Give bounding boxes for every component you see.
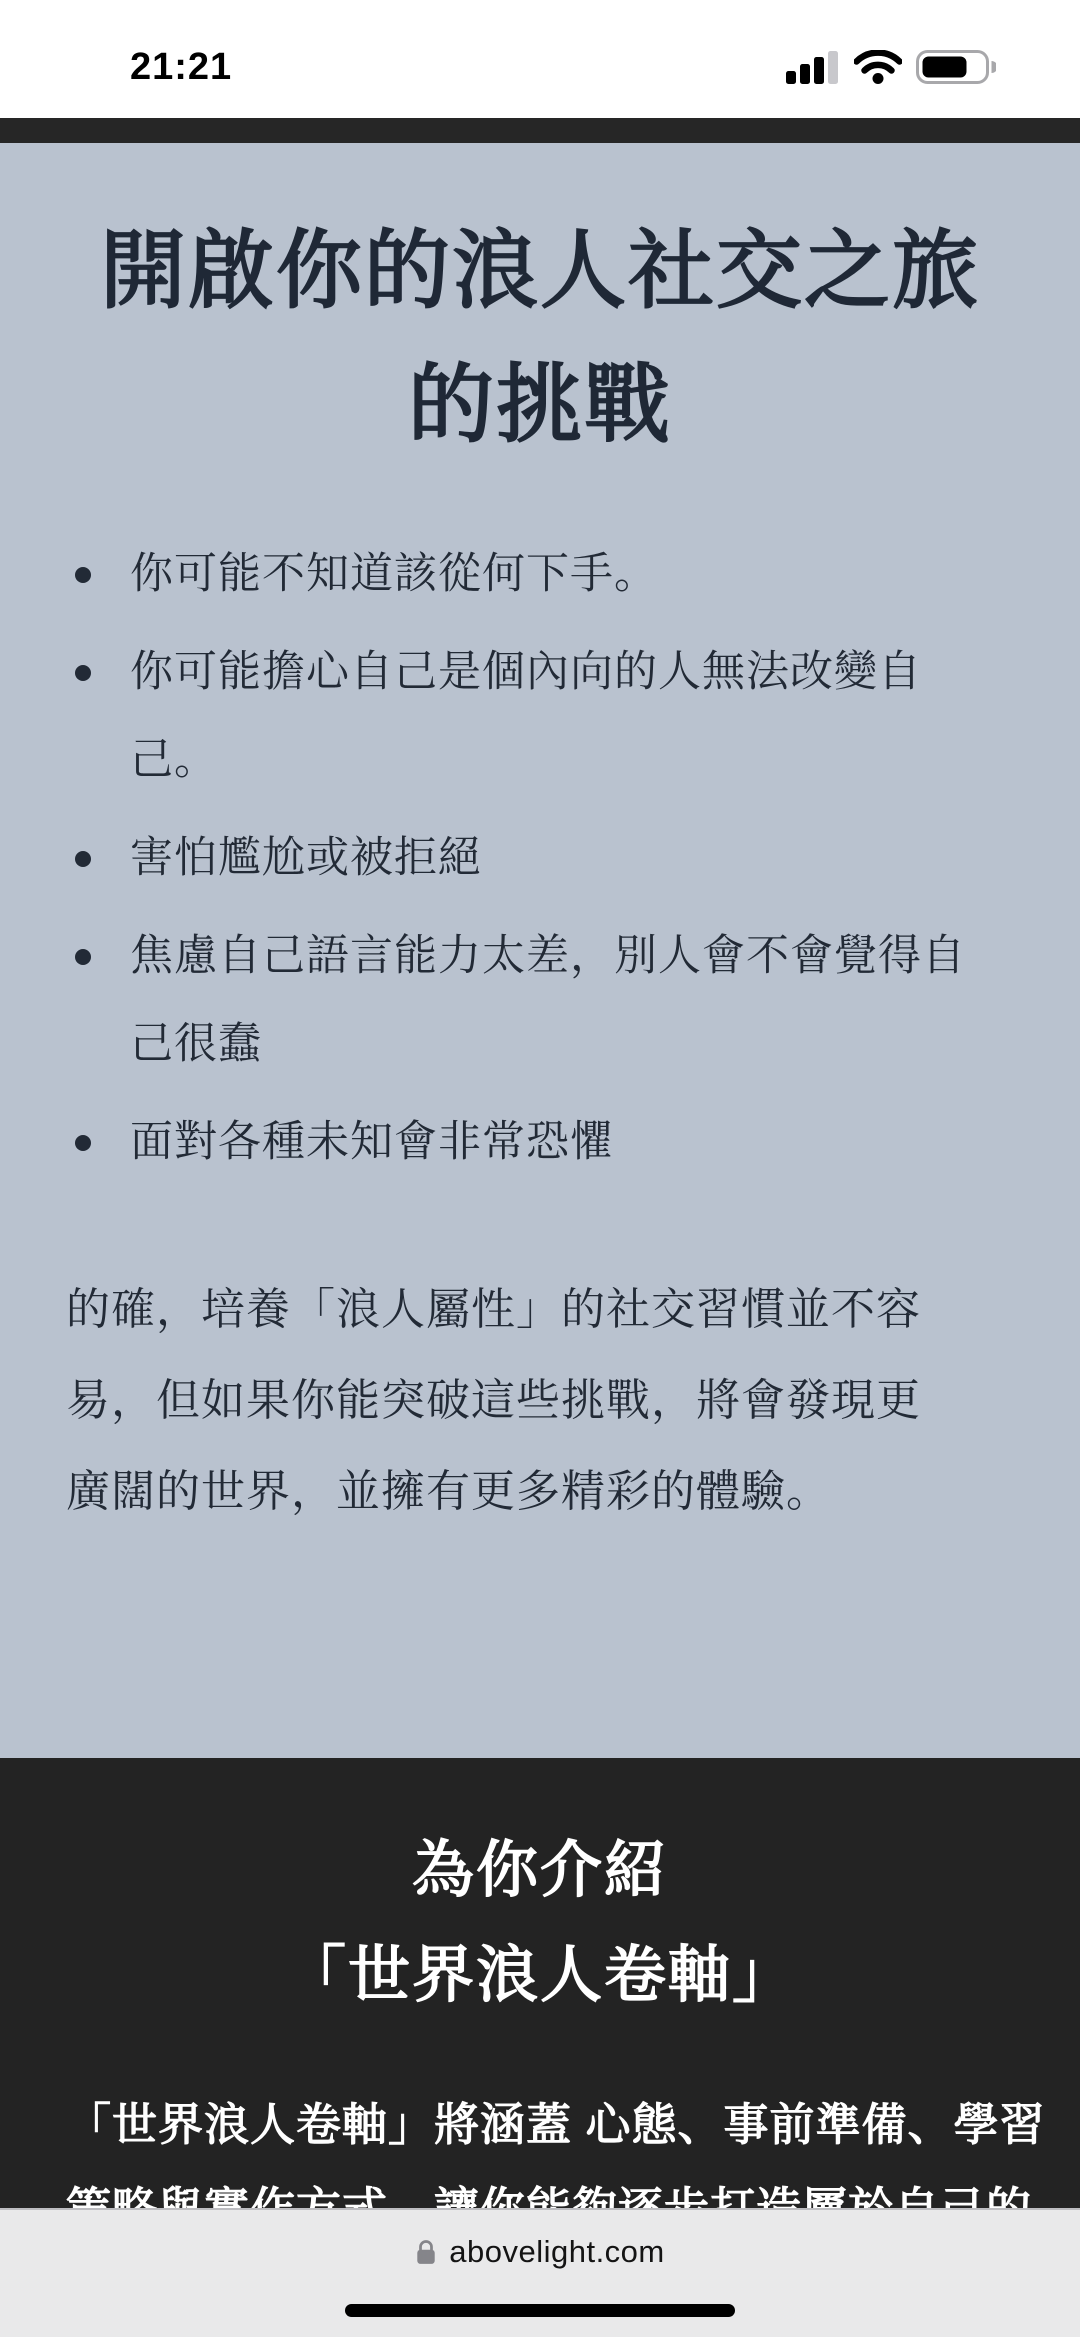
- home-indicator[interactable]: [345, 2304, 735, 2317]
- status-bar: 21:21: [0, 0, 1080, 118]
- challenge-list-item: 你可能不知道該從何下手。: [130, 530, 1050, 618]
- wifi-icon: [854, 50, 902, 84]
- status-icons: [786, 50, 996, 84]
- battery-icon: [916, 50, 996, 84]
- challenge-list-item: 面對各種未知會非常恐懼: [130, 1098, 1050, 1186]
- challenge-list-item: 你可能擔心自己是個內向的人無法改變自 己。: [130, 628, 1050, 804]
- page-title: 開啟你的浪人社交之旅 的挑戰: [0, 204, 1080, 472]
- hero-paragraph: 的確，培養「浪人屬性」的社交習慣並不容 易，但如果你能突破這些挑戰，將會發現更 …: [0, 1264, 1080, 1537]
- address-button[interactable]: abovelight.com: [0, 2234, 1080, 2270]
- challenge-list-item: 焦慮自己語言能力太差，別人會不會覺得自 己很蠢: [130, 912, 1050, 1088]
- hero-section: 開啟你的浪人社交之旅 的挑戰 你可能不知道該從何下手。你可能擔心自己是個內向的人…: [0, 143, 1080, 1758]
- site-header-strip: [0, 118, 1080, 143]
- url-label: abovelight.com: [449, 2234, 665, 2270]
- browser-bottom-bar: abovelight.com: [0, 2208, 1080, 2337]
- iphone-safari-screen: 21:21 開啟你的浪人社交之旅 的挑戰 你可能不知道該從何下手。: [0, 0, 1080, 2337]
- challenge-list: 你可能不知道該從何下手。你可能擔心自己是個內向的人無法改變自 己。害怕尷尬或被拒…: [0, 530, 1080, 1186]
- cellular-signal-icon: [786, 51, 840, 84]
- clock-label: 21:21: [130, 46, 232, 89]
- intro-title: 為你介紹 「世界浪人卷軸」: [0, 1818, 1080, 2028]
- lock-icon: [415, 2238, 437, 2266]
- challenge-list-item: 害怕尷尬或被拒絕: [130, 814, 1050, 902]
